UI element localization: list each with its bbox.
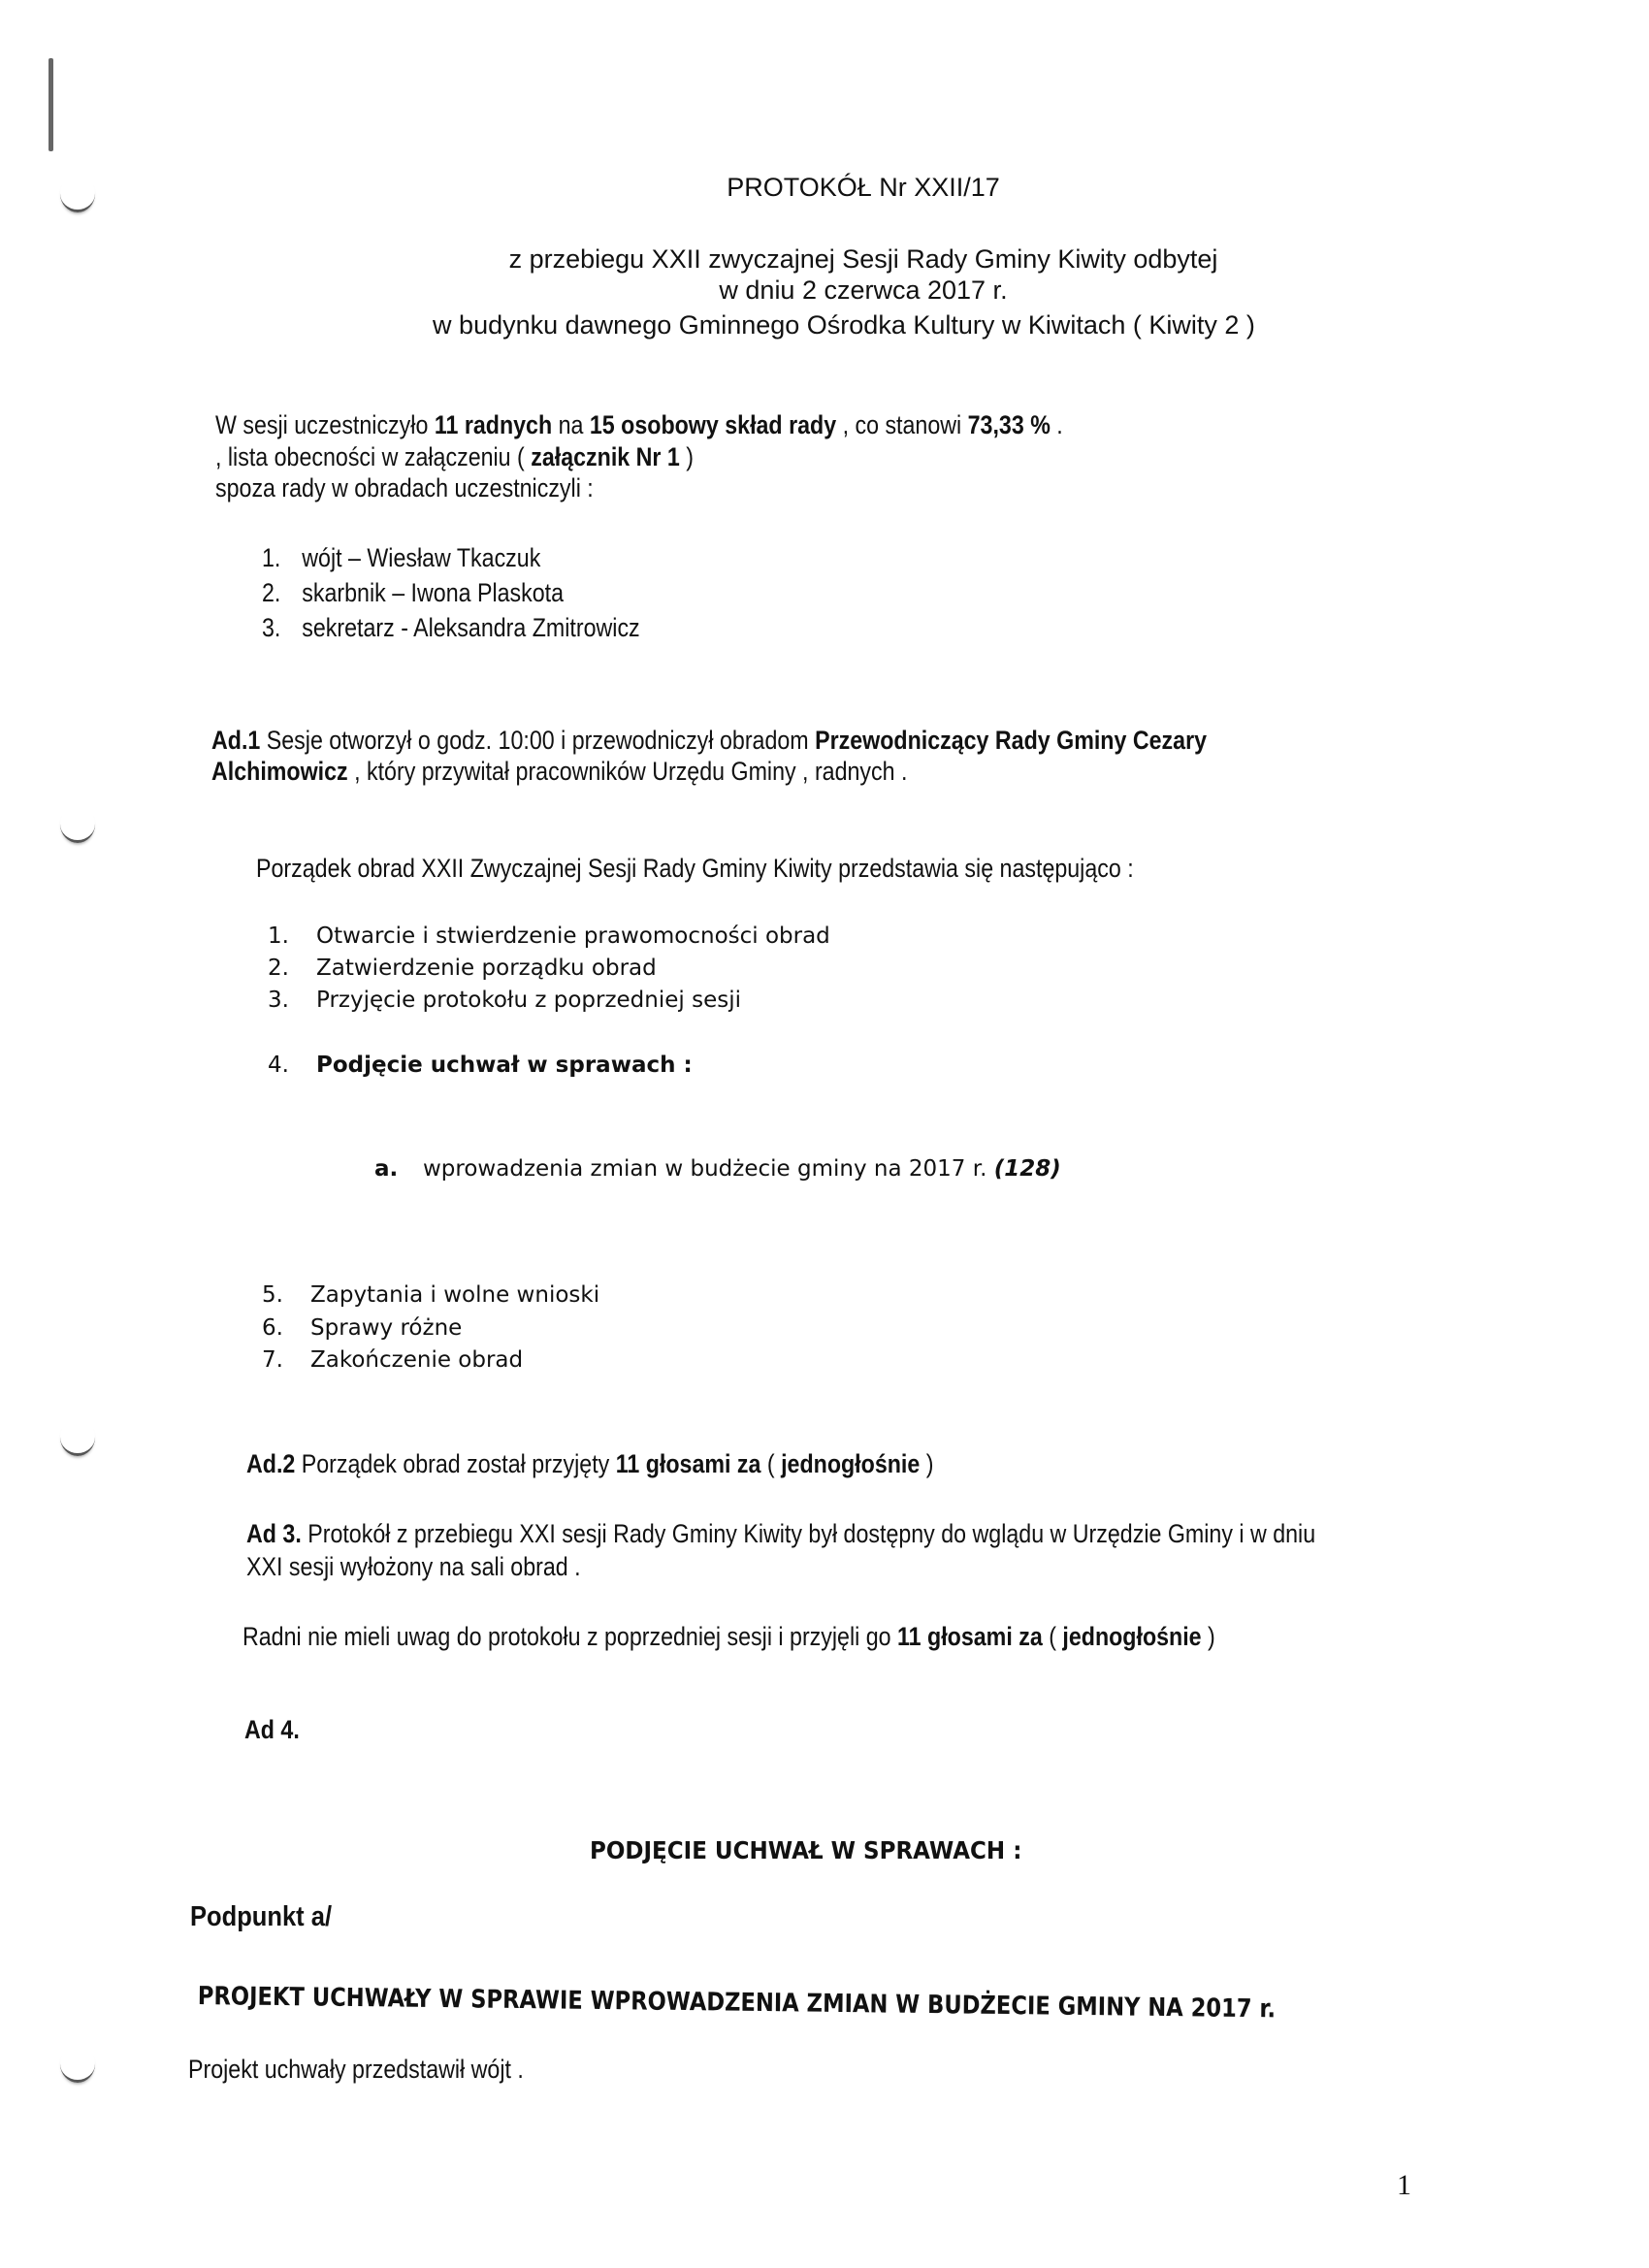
attendance-count: 11 radnych bbox=[435, 410, 552, 439]
vote-result: jednogłośnie bbox=[781, 1449, 920, 1478]
document-subtitle-line3: w budynku dawnego Gminnego Ośrodka Kultu… bbox=[19, 310, 1649, 340]
agenda-number: 2. bbox=[268, 956, 316, 981]
guest-name: wójt – Wiesław Tkaczuk bbox=[302, 543, 540, 572]
attendance-list-line: , lista obecności w załączeniu ( załączn… bbox=[215, 442, 694, 472]
vote-count: 11 głosami za bbox=[616, 1449, 761, 1478]
ad3-line2: XXI sesji wyłożony na sali obrad . bbox=[246, 1552, 581, 1582]
agenda-item: 6.Sprawy różne bbox=[262, 1315, 462, 1341]
subpoint-label: Podpunkt a/ bbox=[190, 1901, 332, 1933]
ad3-label: Ad 3. bbox=[246, 1519, 302, 1548]
agenda-text: Zapytania i wolne wnioski bbox=[310, 1282, 599, 1308]
attendance-list-text: ) bbox=[680, 442, 694, 471]
project-title: PROJEKT UCHWAŁY W SPRAWIE WPROWADZENIA Z… bbox=[198, 1982, 1276, 2024]
ad3-line1: Ad 3. Protokół z przebiegu XXI sesji Rad… bbox=[246, 1519, 1315, 1549]
agenda-item: 4.Podjęcie uchwał w sprawach : bbox=[268, 1053, 693, 1078]
guest-item: 2.skarbnik – Iwona Plaskota bbox=[262, 578, 564, 608]
agenda-number: 5. bbox=[262, 1282, 310, 1308]
punch-hole-mark bbox=[60, 1418, 95, 1456]
project-presented: Projekt uchwały przedstawił wójt . bbox=[188, 2055, 524, 2085]
agenda-item: 7.Zakończenie obrad bbox=[262, 1347, 523, 1373]
agenda-text: Sprawy różne bbox=[310, 1315, 462, 1341]
ad1-line2: Alchimowicz , który przywitał pracownikó… bbox=[211, 757, 907, 787]
guest-item: 1.wójt – Wiesław Tkaczuk bbox=[262, 543, 540, 573]
agenda-subitem-text: wprowadzenia zmian w budżecie gminy na 2… bbox=[423, 1156, 994, 1182]
ad2-line: Ad.2 Porządek obrad został przyjęty 11 g… bbox=[246, 1449, 933, 1479]
agenda-item: 3.Przyjęcie protokołu z poprzedniej sesj… bbox=[268, 988, 741, 1013]
attendance-list-text: , lista obecności w załączeniu ( bbox=[215, 442, 531, 471]
punch-hole-mark bbox=[60, 2045, 95, 2083]
agenda-subitem: a.wprowadzenia zmian w budżecie gminy na… bbox=[374, 1156, 1061, 1182]
agenda-text: Podjęcie uchwał w sprawach : bbox=[316, 1053, 693, 1078]
guests-intro: spoza rady w obradach uczestniczyli : bbox=[215, 473, 594, 503]
agenda-number: 3. bbox=[268, 988, 316, 1013]
page-number: 1 bbox=[1397, 2169, 1411, 2202]
resolution-reference: (128) bbox=[994, 1156, 1061, 1182]
ad3-remarks: Radni nie mieli uwag do protokołu z popr… bbox=[242, 1622, 1215, 1652]
document-subtitle-line2: w dniu 2 czerwca 2017 r. bbox=[39, 275, 1649, 306]
agenda-item: 1.Otwarcie i stwierdzenie prawomocności … bbox=[268, 923, 830, 949]
attendance-text: na bbox=[552, 410, 590, 439]
ad1-text: , który przywitał pracowników Urzędu Gmi… bbox=[348, 757, 908, 786]
chairman-name: Przewodniczący Rady Gminy Cezary bbox=[815, 726, 1207, 755]
attachment-ref: załącznik Nr 1 bbox=[531, 442, 680, 471]
attendance-percent: 73,33 % bbox=[968, 410, 1051, 439]
guest-name: skarbnik – Iwona Plaskota bbox=[302, 578, 564, 607]
guest-item: 3.sekretarz - Aleksandra Zmitrowicz bbox=[262, 613, 640, 643]
agenda-number: 4. bbox=[268, 1053, 316, 1078]
resolutions-heading: PODJĘCIE UCHWAŁ W SPRAWACH : bbox=[590, 1836, 1021, 1864]
chairman-surname: Alchimowicz bbox=[211, 757, 348, 786]
staple-mark bbox=[48, 58, 53, 151]
ad3-remarks-text: ) bbox=[1202, 1622, 1215, 1651]
agenda-item: 5.Zapytania i wolne wnioski bbox=[262, 1282, 599, 1308]
ad3-remarks-text: ( bbox=[1043, 1622, 1063, 1651]
ad4-label: Ad 4. bbox=[244, 1715, 300, 1745]
council-size: 15 osobowy skład rady bbox=[590, 410, 836, 439]
document-subtitle-line1: z przebiegu XXII zwyczajnej Sesji Rady G… bbox=[39, 244, 1649, 275]
ad2-text: ) bbox=[920, 1449, 933, 1478]
agenda-text: Zatwierdzenie porządku obrad bbox=[316, 956, 657, 981]
ad3-remarks-text: Radni nie mieli uwag do protokołu z popr… bbox=[242, 1622, 897, 1651]
agenda-number: 1. bbox=[268, 923, 316, 949]
agenda-text: Zakończenie obrad bbox=[310, 1347, 523, 1373]
guest-number: 2. bbox=[262, 578, 302, 608]
agenda-number: 6. bbox=[262, 1315, 310, 1341]
punch-hole-mark bbox=[60, 805, 95, 843]
ad2-text: ( bbox=[760, 1449, 781, 1478]
agenda-text: Przyjęcie protokołu z poprzedniej sesji bbox=[316, 988, 741, 1013]
agenda-subitem-letter: a. bbox=[374, 1156, 423, 1182]
attendance-text: W sesji uczestniczyło bbox=[215, 410, 435, 439]
agenda-text: Otwarcie i stwierdzenie prawomocności ob… bbox=[316, 923, 830, 949]
guest-name: sekretarz - Aleksandra Zmitrowicz bbox=[302, 613, 639, 642]
vote-count: 11 głosami za bbox=[897, 1622, 1043, 1651]
ad2-text: Porządek obrad został przyjęty bbox=[295, 1449, 615, 1478]
agenda-intro: Porządek obrad XXII Zwyczajnej Sesji Rad… bbox=[256, 854, 1134, 884]
attendance-text: , co stanowi bbox=[836, 410, 968, 439]
ad2-label: Ad.2 bbox=[246, 1449, 295, 1478]
ad1-text: Sesje otworzył o godz. 10:00 i przewodni… bbox=[260, 726, 815, 755]
vote-result: jednogłośnie bbox=[1062, 1622, 1201, 1651]
ad3-text: Protokół z przebiegu XXI sesji Rady Gmin… bbox=[302, 1519, 1315, 1548]
guest-number: 1. bbox=[262, 543, 302, 573]
attendance-text: . bbox=[1051, 410, 1063, 439]
agenda-number: 7. bbox=[262, 1347, 310, 1373]
agenda-item: 2.Zatwierdzenie porządku obrad bbox=[268, 956, 657, 981]
ad1-line1: Ad.1 Sesje otworzył o godz. 10:00 i prze… bbox=[211, 726, 1207, 756]
attendance-line: W sesji uczestniczyło 11 radnych na 15 o… bbox=[215, 410, 1063, 440]
ad1-label: Ad.1 bbox=[211, 726, 260, 755]
document-title: PROTOKÓŁ Nr XXII/17 bbox=[39, 173, 1649, 203]
guest-number: 3. bbox=[262, 613, 302, 643]
